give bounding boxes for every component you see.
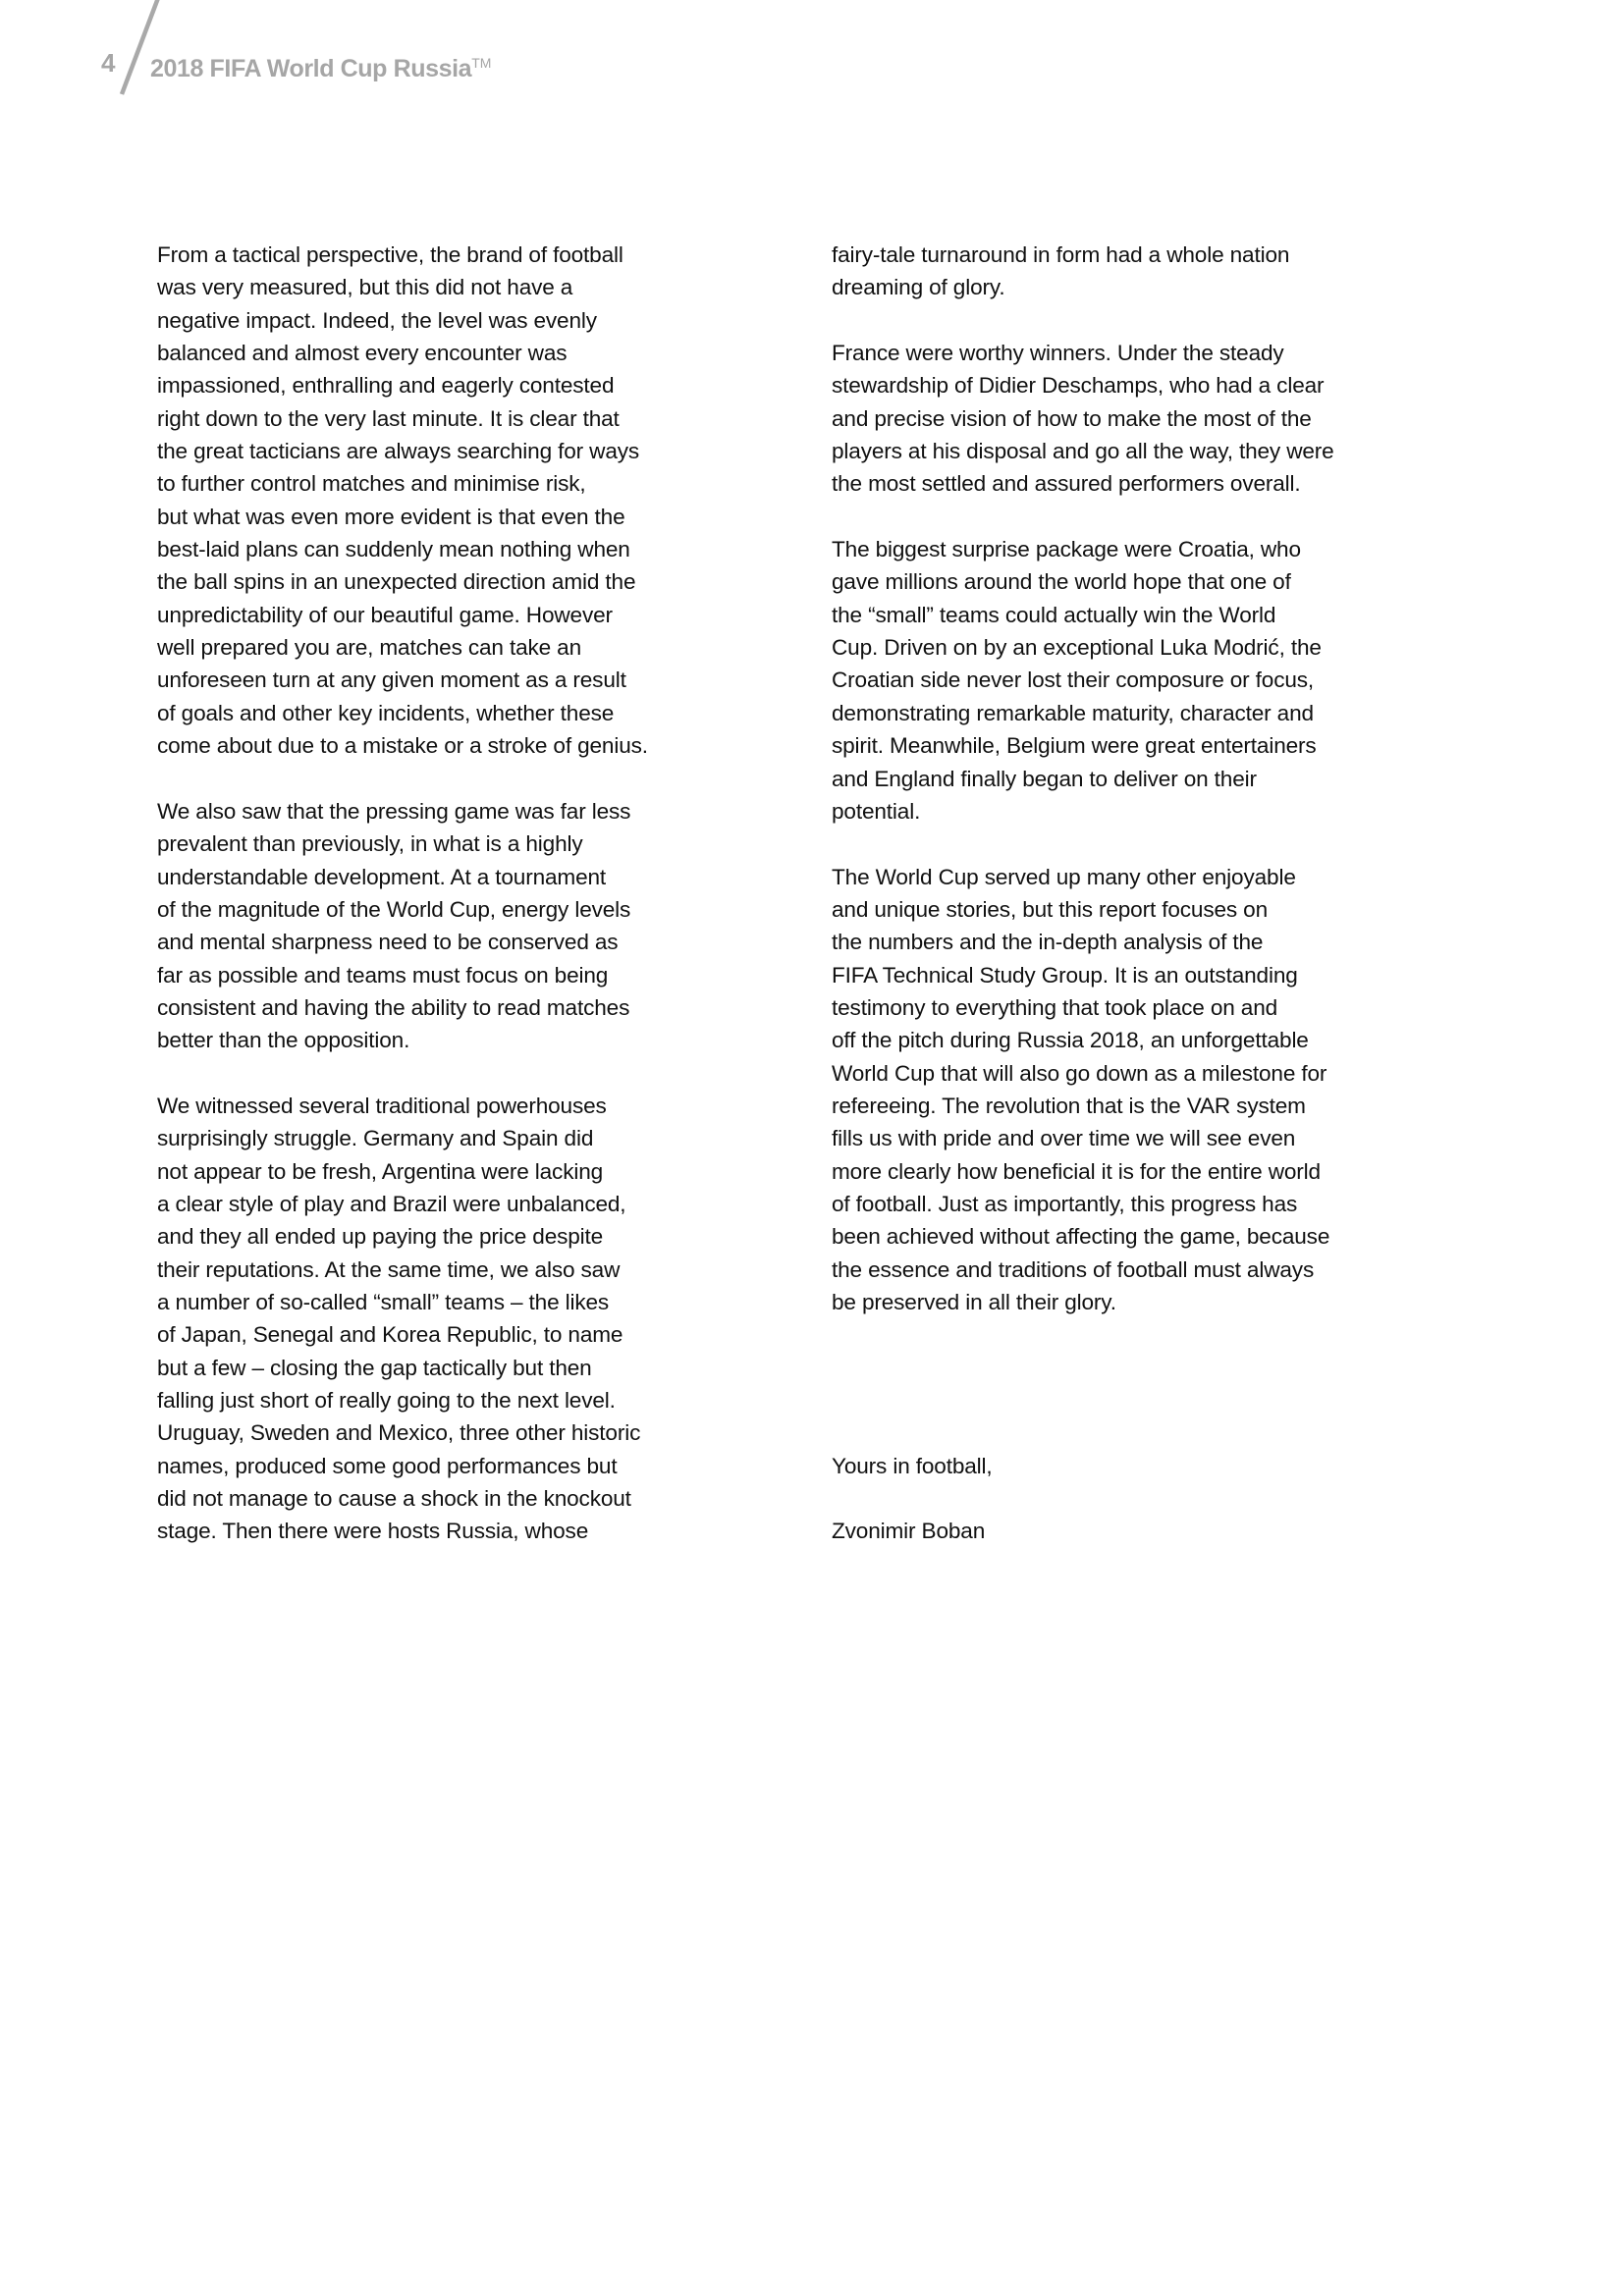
text-line: but a few – closing the gap tactically b… [157, 1352, 785, 1384]
text-line: off the pitch during Russia 2018, an unf… [832, 1024, 1480, 1056]
text-line: refereeing. The revolution that is the V… [832, 1090, 1480, 1122]
paragraph: From a tactical perspective, the brand o… [157, 239, 785, 763]
text-line: FIFA Technical Study Group. It is an out… [832, 959, 1480, 991]
text-line: well prepared you are, matches can take … [157, 631, 785, 664]
paragraph: fairy-tale turnaround in form had a whol… [832, 239, 1480, 304]
valediction: Yours in football, [832, 1450, 1480, 1482]
text-line: more clearly how beneficial it is for th… [832, 1155, 1480, 1188]
text-line: demonstrating remarkable maturity, chara… [832, 697, 1480, 729]
text-line: prevalent than previously, in what is a … [157, 828, 785, 860]
text-line: Croatian side never lost their composure… [832, 664, 1480, 696]
text-line: dreaming of glory. [832, 271, 1480, 303]
text-line: far as possible and teams must focus on … [157, 959, 785, 991]
text-line: come about due to a mistake or a stroke … [157, 729, 785, 762]
text-line: a number of so-called “small” teams – th… [157, 1286, 785, 1318]
text-line: did not manage to cause a shock in the k… [157, 1482, 785, 1515]
text-line: World Cup that will also go down as a mi… [832, 1057, 1480, 1090]
text-line: the great tacticians are always searchin… [157, 435, 785, 467]
text-line: impassioned, enthralling and eagerly con… [157, 369, 785, 401]
text-line: fairy-tale turnaround in form had a whol… [832, 239, 1480, 271]
page-header: 4 2018 FIFA World Cup RussiaTM [0, 0, 687, 108]
text-line: the most settled and assured performers … [832, 467, 1480, 500]
text-line: the numbers and the in-depth analysis of… [832, 926, 1480, 958]
text-line: and precise vision of how to make the mo… [832, 402, 1480, 435]
text-line: unforeseen turn at any given moment as a… [157, 664, 785, 696]
text-line: consistent and having the ability to rea… [157, 991, 785, 1024]
text-line: understandable development. At a tournam… [157, 861, 785, 893]
right-column: fairy-tale turnaround in form had a whol… [832, 239, 1480, 1548]
text-line: the “small” teams could actually win the… [832, 599, 1480, 631]
text-line: of football. Just as importantly, this p… [832, 1188, 1480, 1220]
text-line: best-laid plans can suddenly mean nothin… [157, 533, 785, 565]
text-line: fills us with pride and over time we wil… [832, 1122, 1480, 1154]
text-line: France were worthy winners. Under the st… [832, 337, 1480, 369]
text-line: of Japan, Senegal and Korea Republic, to… [157, 1318, 785, 1351]
text-line: potential. [832, 795, 1480, 828]
text-line: balanced and almost every encounter was [157, 337, 785, 369]
text-line: names, produced some good performances b… [157, 1450, 785, 1482]
text-line: to further control matches and minimise … [157, 467, 785, 500]
text-line: a clear style of play and Brazil were un… [157, 1188, 785, 1220]
text-line: be preserved in all their glory. [832, 1286, 1480, 1318]
text-line: and England finally began to deliver on … [832, 763, 1480, 795]
text-line: We witnessed several traditional powerho… [157, 1090, 785, 1122]
text-line: gave millions around the world hope that… [832, 565, 1480, 598]
paragraph: The biggest surprise package were Croati… [832, 533, 1480, 828]
text-line: their reputations. At the same time, we … [157, 1254, 785, 1286]
letter-closing: Yours in football,Zvonimir Boban [832, 1450, 1480, 1548]
text-line: negative impact. Indeed, the level was e… [157, 304, 785, 337]
text-line: falling just short of really going to th… [157, 1384, 785, 1416]
text-line: stage. Then there were hosts Russia, who… [157, 1515, 785, 1547]
signature-name: Zvonimir Boban [832, 1515, 1480, 1547]
text-line: surprisingly struggle. Germany and Spain… [157, 1122, 785, 1154]
text-line: been achieved without affecting the game… [832, 1220, 1480, 1253]
paragraph: The World Cup served up many other enjoy… [832, 861, 1480, 1319]
text-line: was very measured, but this did not have… [157, 271, 785, 303]
text-line: Cup. Driven on by an exceptional Luka Mo… [832, 631, 1480, 664]
text-line: but what was even more evident is that e… [157, 501, 785, 533]
paragraph: France were worthy winners. Under the st… [832, 337, 1480, 501]
trademark-symbol: TM [471, 55, 491, 71]
left-column: From a tactical perspective, the brand o… [157, 239, 785, 1580]
text-line: the ball spins in an unexpected directio… [157, 565, 785, 598]
text-line: of goals and other key incidents, whethe… [157, 697, 785, 729]
text-line: From a tactical perspective, the brand o… [157, 239, 785, 271]
text-line: testimony to everything that took place … [832, 991, 1480, 1024]
text-line: not appear to be fresh, Argentina were l… [157, 1155, 785, 1188]
text-line: and unique stories, but this report focu… [832, 893, 1480, 926]
text-line: stewardship of Didier Deschamps, who had… [832, 369, 1480, 401]
paragraph: We witnessed several traditional powerho… [157, 1090, 785, 1548]
text-line: We also saw that the pressing game was f… [157, 795, 785, 828]
text-line: and mental sharpness need to be conserve… [157, 926, 785, 958]
text-line: Uruguay, Sweden and Mexico, three other … [157, 1416, 785, 1449]
text-line: spirit. Meanwhile, Belgium were great en… [832, 729, 1480, 762]
text-line: unpredictability of our beautiful game. … [157, 599, 785, 631]
running-title-text: 2018 FIFA World Cup Russia [150, 55, 471, 82]
text-line: of the magnitude of the World Cup, energ… [157, 893, 785, 926]
text-line: players at his disposal and go all the w… [832, 435, 1480, 467]
running-title: 2018 FIFA World Cup RussiaTM [150, 48, 491, 83]
text-line: The biggest surprise package were Croati… [832, 533, 1480, 565]
text-line: right down to the very last minute. It i… [157, 402, 785, 435]
text-line: the essence and traditions of football m… [832, 1254, 1480, 1286]
text-line: The World Cup served up many other enjoy… [832, 861, 1480, 893]
text-line: better than the opposition. [157, 1024, 785, 1056]
text-line: and they all ended up paying the price d… [157, 1220, 785, 1253]
paragraph: We also saw that the pressing game was f… [157, 795, 785, 1057]
